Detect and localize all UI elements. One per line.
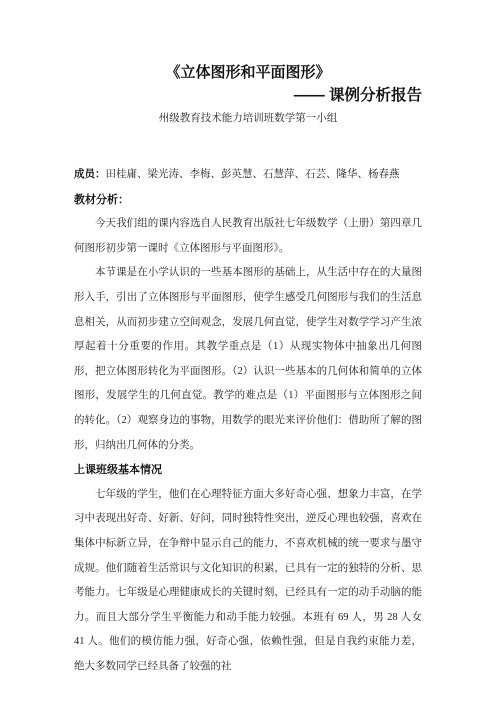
section-heading-material-analysis: 教材分析： [74, 188, 422, 213]
paragraph-lesson-source: 今天我们组的课内容选自人民教育出版社七年级数学（上册）第四章几何图形初步第一课时… [74, 212, 422, 261]
paragraph-lesson-analysis: 本节课是在小学认识的一些基本图形的基础上，从生活中存在的大量图形入手，引出了立体… [74, 261, 422, 458]
members-label: 成员： [74, 168, 106, 180]
document-title: 《立体图形和平面图形》 [74, 62, 422, 84]
paragraph-class-situation: 七年级的学生，他们在心理特征方面大多好奇心强、想象力丰富，在学习中表现出好奇、好… [74, 483, 422, 680]
document-byline: 州级教育技术能力培训班数学第一小组 [74, 108, 422, 130]
members-names: 田桂庸、梁光涛、李梅、彭英慧、石慧萍、石芸、隆华、杨春燕 [106, 169, 400, 180]
document-page: 《立体图形和平面图形》 —— 课例分析报告 州级教育技术能力培训班数学第一小组 … [0, 0, 496, 702]
members-line: 成员：田桂庸、梁光涛、李梅、彭英慧、石慧萍、石芸、隆华、杨春燕 [74, 162, 422, 188]
section-heading-class-situation: 上课班级基本情况 [74, 458, 422, 483]
document-subtitle: —— 课例分析报告 [74, 84, 422, 108]
